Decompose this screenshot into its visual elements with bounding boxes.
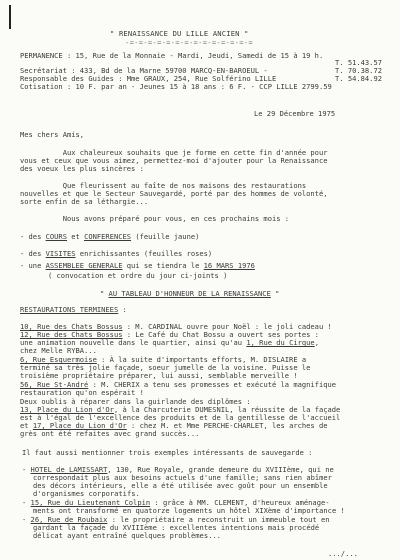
permanence-line: PERMANENCE : 15, Rue de la Monnaie - Mar… xyxy=(20,52,323,60)
guides-phone: T. 54.84.92 xyxy=(335,75,382,83)
cotisation-line: Cotisation : 10 F. par an - Jeunes 15 à … xyxy=(20,83,332,91)
safeguard-intro: Il faut aussi mentionner trois exemples … xyxy=(22,449,312,457)
honour-heading: " AU TABLEAU D'HONNEUR DE LA RENAISSANCE… xyxy=(100,290,279,298)
program-intro: Nous avons préparé pour vous, en ces pro… xyxy=(20,215,289,223)
program-item-assembly: - une ASSEMBLEE GENERALE qui se tiendra … xyxy=(20,262,255,270)
intro-paragraph-line: des voeux les plus sincères : xyxy=(20,165,144,173)
forgotten-item-line: grès ont été refaites avec grand succès.… xyxy=(20,430,199,438)
safeguard-item-line: délicat ayant entraîné quelques problème… xyxy=(33,532,221,540)
restorations-heading: RESTAURATIONS TERMINEES : xyxy=(20,306,127,314)
salutation: Mes chers Amis, xyxy=(20,131,84,139)
assembly-note: ( convocation et ordre du jour ci-joints… xyxy=(48,272,227,280)
program-item-visits: - des VISITES enrichissantes (feuilles r… xyxy=(20,250,212,258)
page-continued-marker: .../... xyxy=(328,550,358,558)
margin-mark xyxy=(9,5,11,29)
program-item-courses: - des COURS et CONFERENCES (feuille jaun… xyxy=(20,233,199,241)
wish-paragraph-line: sorte enfin de sa léthargie... xyxy=(20,198,148,206)
title-rule: -=-=-=-=-=-=-=-=-=-=-=-=-=-= xyxy=(125,39,253,47)
letter-date: Le 29 Décembre 1975 xyxy=(254,110,335,118)
